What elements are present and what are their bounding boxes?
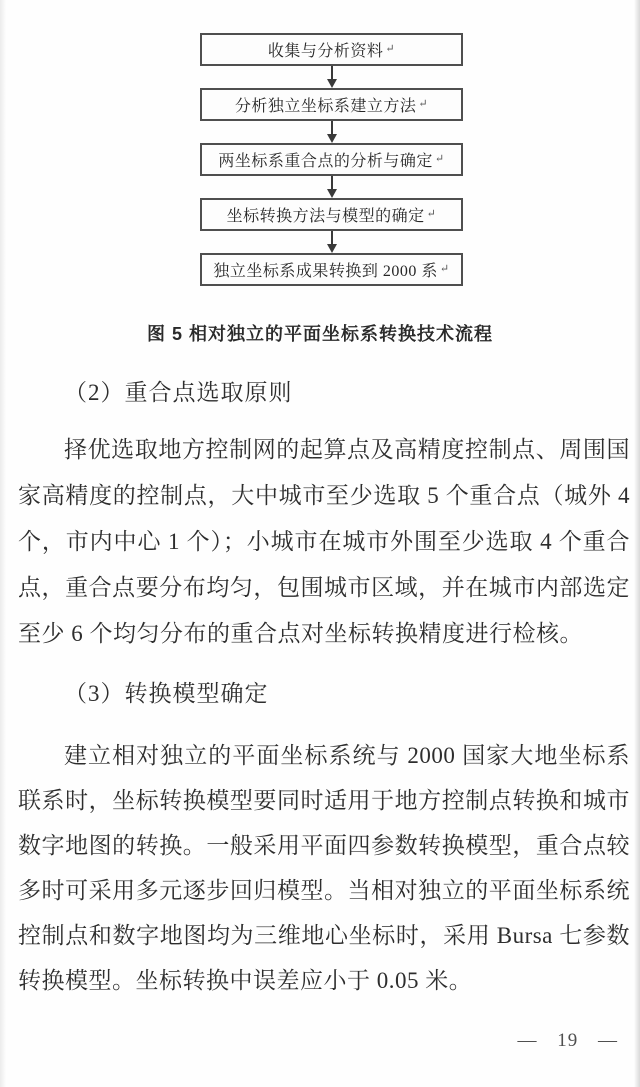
arrow-head bbox=[327, 244, 337, 253]
flowchart-box-label: 独立坐标系成果转换到 2000 系 bbox=[213, 258, 438, 281]
paragraph-line: 多时可采用多元逐步回归模型。当相对独立的平面坐标系统 bbox=[18, 877, 630, 905]
flowchart-box-label: 两坐标系重合点的分析与确定 bbox=[218, 148, 433, 171]
arrow-head bbox=[327, 134, 337, 143]
paragraph-line: 转换模型。坐标转换中误差应小于 0.05 米。 bbox=[18, 967, 630, 995]
paragraph-line: 个，市内中心 1 个）；小城市在城市外围至少选取 4 个重合 bbox=[18, 528, 630, 556]
flowchart-box-label: 坐标转换方法与模型的确定 bbox=[227, 203, 425, 226]
scan-edge-right bbox=[634, 0, 640, 1087]
flowchart-box-5: 独立坐标系成果转换到 2000 系 ↵ bbox=[200, 253, 463, 286]
figure-caption: 图 5 相对独立的平面坐标系转换技术流程 bbox=[0, 320, 640, 346]
arrow-head bbox=[327, 189, 337, 198]
flowchart-box-1: 收集与分析资料 ↵ bbox=[200, 33, 463, 66]
paragraph-line: 择优选取地方控制网的起算点及高精度控制点、周围国 bbox=[18, 436, 630, 464]
arrow-stem bbox=[331, 231, 333, 244]
section-heading: （2）重合点选取原则 bbox=[18, 379, 630, 407]
return-mark-icon: ↵ bbox=[427, 209, 437, 220]
arrow-stem bbox=[331, 121, 333, 134]
return-mark-icon: ↵ bbox=[435, 154, 445, 165]
flowchart-box-label: 分析独立坐标系建立方法 bbox=[235, 93, 417, 116]
page-number: — 19 — bbox=[518, 1030, 619, 1052]
return-mark-icon: ↵ bbox=[440, 264, 450, 275]
flow-arrow-icon bbox=[200, 231, 463, 253]
flow-arrow-icon bbox=[200, 66, 463, 88]
document-page: 收集与分析资料 ↵ 分析独立坐标系建立方法 ↵ 两坐标系重合点的分析与确定 ↵ … bbox=[0, 0, 640, 1087]
arrow-head bbox=[327, 79, 337, 88]
paragraph-line: 至少 6 个均匀分布的重合点对坐标转换精度进行检核。 bbox=[18, 620, 630, 648]
flow-arrow-icon bbox=[200, 121, 463, 143]
paragraph-line: 联系时，坐标转换模型要同时适用于地方控制点转换和城市 bbox=[18, 787, 630, 815]
flowchart-box-4: 坐标转换方法与模型的确定 ↵ bbox=[200, 198, 463, 231]
flowchart-box-2: 分析独立坐标系建立方法 ↵ bbox=[200, 88, 463, 121]
flowchart: 收集与分析资料 ↵ 分析独立坐标系建立方法 ↵ 两坐标系重合点的分析与确定 ↵ … bbox=[200, 33, 463, 286]
section-heading: （3）转换模型确定 bbox=[18, 680, 630, 708]
arrow-stem bbox=[331, 176, 333, 189]
paragraph-line: 控制点和数字地图均为三维地心坐标时，采用 Bursa 七参数 bbox=[18, 922, 630, 950]
paragraph-line: 数字地图的转换。一般采用平面四参数转换模型，重合点较 bbox=[18, 832, 630, 860]
paragraph-line: 点，重合点要分布均匀，包围城市区域，并在城市内部选定 bbox=[18, 574, 630, 602]
return-mark-icon: ↵ bbox=[385, 44, 395, 55]
return-mark-icon: ↵ bbox=[418, 99, 428, 110]
flow-arrow-icon bbox=[200, 176, 463, 198]
paragraph-line: 建立相对独立的平面坐标系统与 2000 国家大地坐标系 bbox=[18, 742, 630, 770]
paragraph-line: 家高精度的控制点，大中城市至少选取 5 个重合点（城外 4 bbox=[18, 482, 630, 510]
flowchart-box-3: 两坐标系重合点的分析与确定 ↵ bbox=[200, 143, 463, 176]
arrow-stem bbox=[331, 66, 333, 79]
flowchart-box-label: 收集与分析资料 bbox=[268, 38, 384, 61]
scan-edge-left bbox=[0, 0, 6, 1087]
